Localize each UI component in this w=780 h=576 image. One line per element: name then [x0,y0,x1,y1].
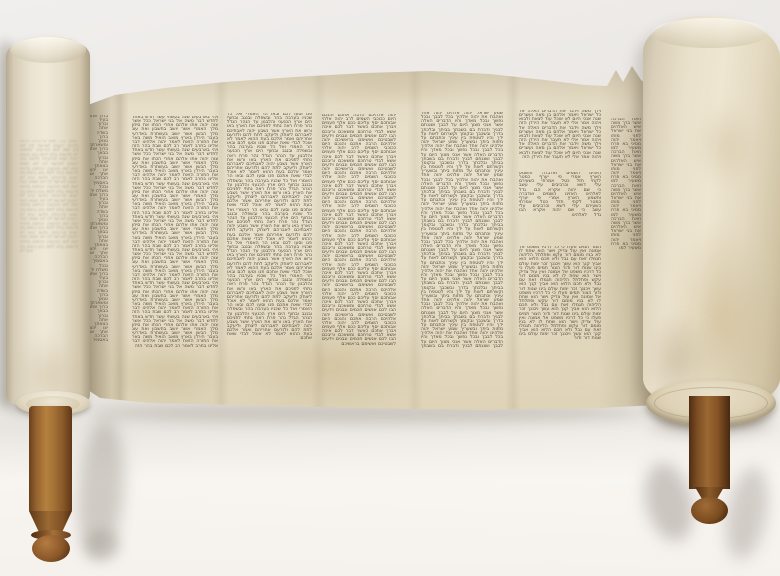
parchment-fold [111,64,129,412]
text-column-2: פנו וסעו לכם ובאו הר האמרי ואל כל שכניו … [227,113,312,347]
poem-column-gapped-text: האזינו השמים ואדברה ותשמע הארץ אמרי פי י… [519,172,601,246]
text-column-partial-right: וזאת הברכה אשר ברך משה איש האלהים את בני… [611,118,641,346]
text-column-partial-left: ברוך אתה בעיר וברוך אתה בשדה ברוך טנאך ו… [88,115,108,341]
left-roll-ghost-text: ואלה הדברים אשר דבר משה אל כל ישראל בעבר… [20,140,78,386]
right-roll-stain [695,104,757,188]
left-roll-top-cap [10,37,86,63]
left-roller-knob [32,535,70,562]
text-column-4: שמע ישראל יהוה אלהינו יהוה אחד ואהבת את … [421,112,503,348]
poem-column-bottom-text: הצור תמים פעלו כי כל דרכיו משפט אל אמונה… [519,246,601,348]
left-parchment-roll: ואלה הדברים אשר דבר משה אל כל ישראל בעבר… [6,36,90,408]
left-knob-shadow [84,530,120,560]
left-roller-rod [29,406,72,512]
right-roller-knob [691,497,728,524]
parchment-sheet: ברוך אתה בעיר וברוך אתה בשדה ברוך טנאך ו… [85,64,655,412]
right-parchment-roll [643,16,780,408]
right-roller-rod [689,396,730,489]
torah-scroll-photo: ברוך אתה בעיר וברוך אתה בשדה ברוך טנאך ו… [0,0,780,576]
text-column-3: יהוה אלהיכם הרבה אתכם והנכם היום ככוכבי … [322,114,396,347]
poem-column-top-text: וילך משה וידבר את הדברים האלה אל כל ישרא… [519,110,601,172]
right-roll-top-cap [651,18,769,48]
text-column-1: ויהי בארבעים שנה בעשתי עשר חדש באחד לחדש… [132,116,218,347]
text-column-5-poem: וילך משה וידבר את הדברים האלה אל כל ישרא… [519,110,601,348]
